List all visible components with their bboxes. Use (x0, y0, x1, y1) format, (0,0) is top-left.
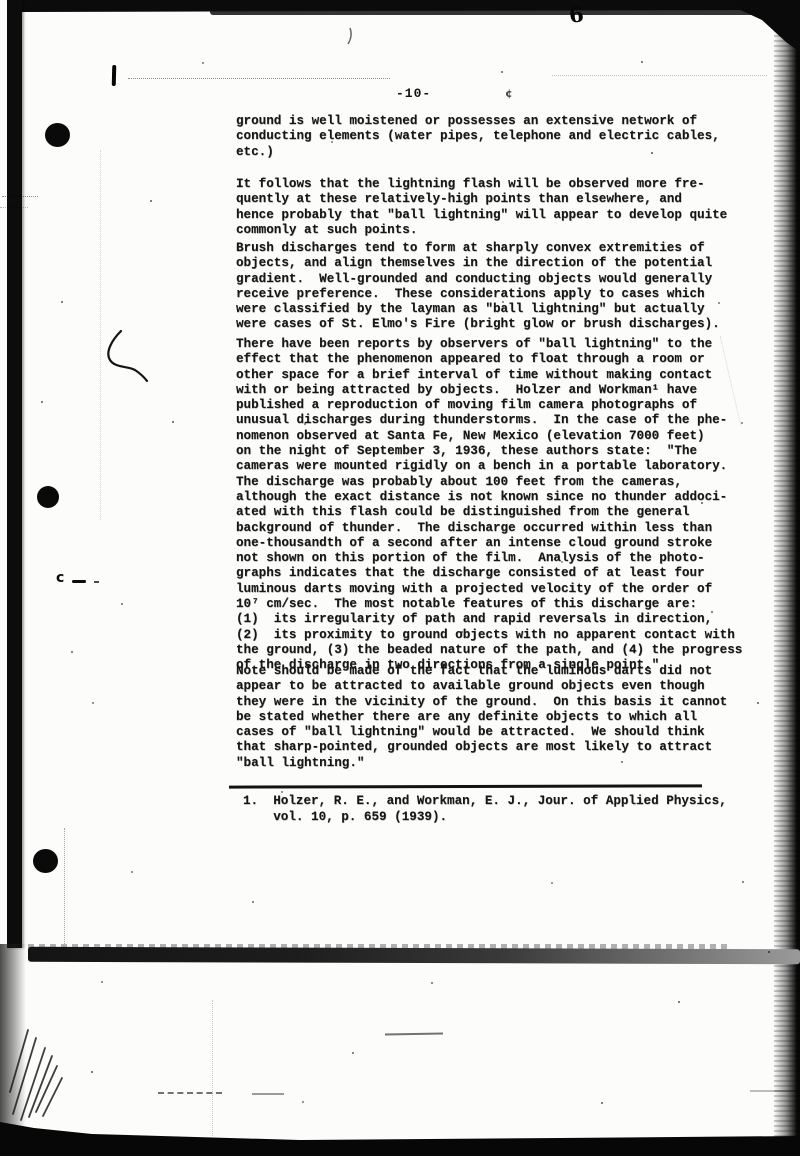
stray-dash-4 (750, 1090, 800, 1092)
hole-punch-top (45, 123, 70, 147)
scanned-document-page: 6 c ¢ -10- ground is well moistened or p… (0, 0, 800, 1156)
paragraph-1: ground is well moistened or possesses an… (236, 114, 770, 160)
dotted-vertical-crease-2 (212, 1000, 213, 1136)
margin-dash-mark (2, 196, 38, 197)
dotted-vertical-crease-1 (64, 828, 65, 944)
footnote: 1. Holzer, R. E., and Workman, E. J., Jo… (243, 794, 763, 825)
scan-noise-speckles (0, 0, 2, 2)
paragraph-3: Brush discharges tend to form at sharply… (236, 241, 770, 333)
hole-punch-bottom (33, 849, 58, 873)
handwritten-six-mark: 6 (568, 3, 585, 25)
scan-right-border-texture (774, 0, 800, 1156)
scan-bottom-border (0, 1122, 800, 1156)
stray-dash-3 (252, 1093, 284, 1095)
scan-left-border-fade (0, 944, 26, 1140)
paragraph-5: Note should be made of the fact that the… (236, 664, 770, 771)
scan-left-border (7, 0, 22, 948)
page-number: -10- (396, 86, 431, 101)
scan-mid-smudge-band (28, 947, 800, 964)
handwritten-c-dot (94, 581, 99, 583)
paragraph-4: There have been reports by observers of … (236, 337, 770, 674)
margin-dash-mark-2 (0, 207, 28, 208)
dotted-rule-mark (128, 78, 390, 79)
paragraph-2: It follows that the lightning flash will… (236, 177, 770, 238)
dotted-rule-mark-faint (552, 75, 767, 76)
hole-punch-middle (37, 486, 59, 508)
handwritten-c-dash (72, 580, 86, 583)
stray-dash-1 (385, 1032, 443, 1035)
small-smudge-mark: ¢ (505, 88, 513, 99)
pen-tick-mark (112, 65, 117, 86)
footnote-rule (229, 784, 702, 788)
curly-pen-mark (108, 331, 147, 381)
apostrophe-scratch (348, 28, 351, 44)
dotted-vertical-crease-3 (100, 150, 101, 520)
handwritten-c-mark: c (56, 571, 64, 585)
scan-top-border-smudge (210, 10, 800, 15)
